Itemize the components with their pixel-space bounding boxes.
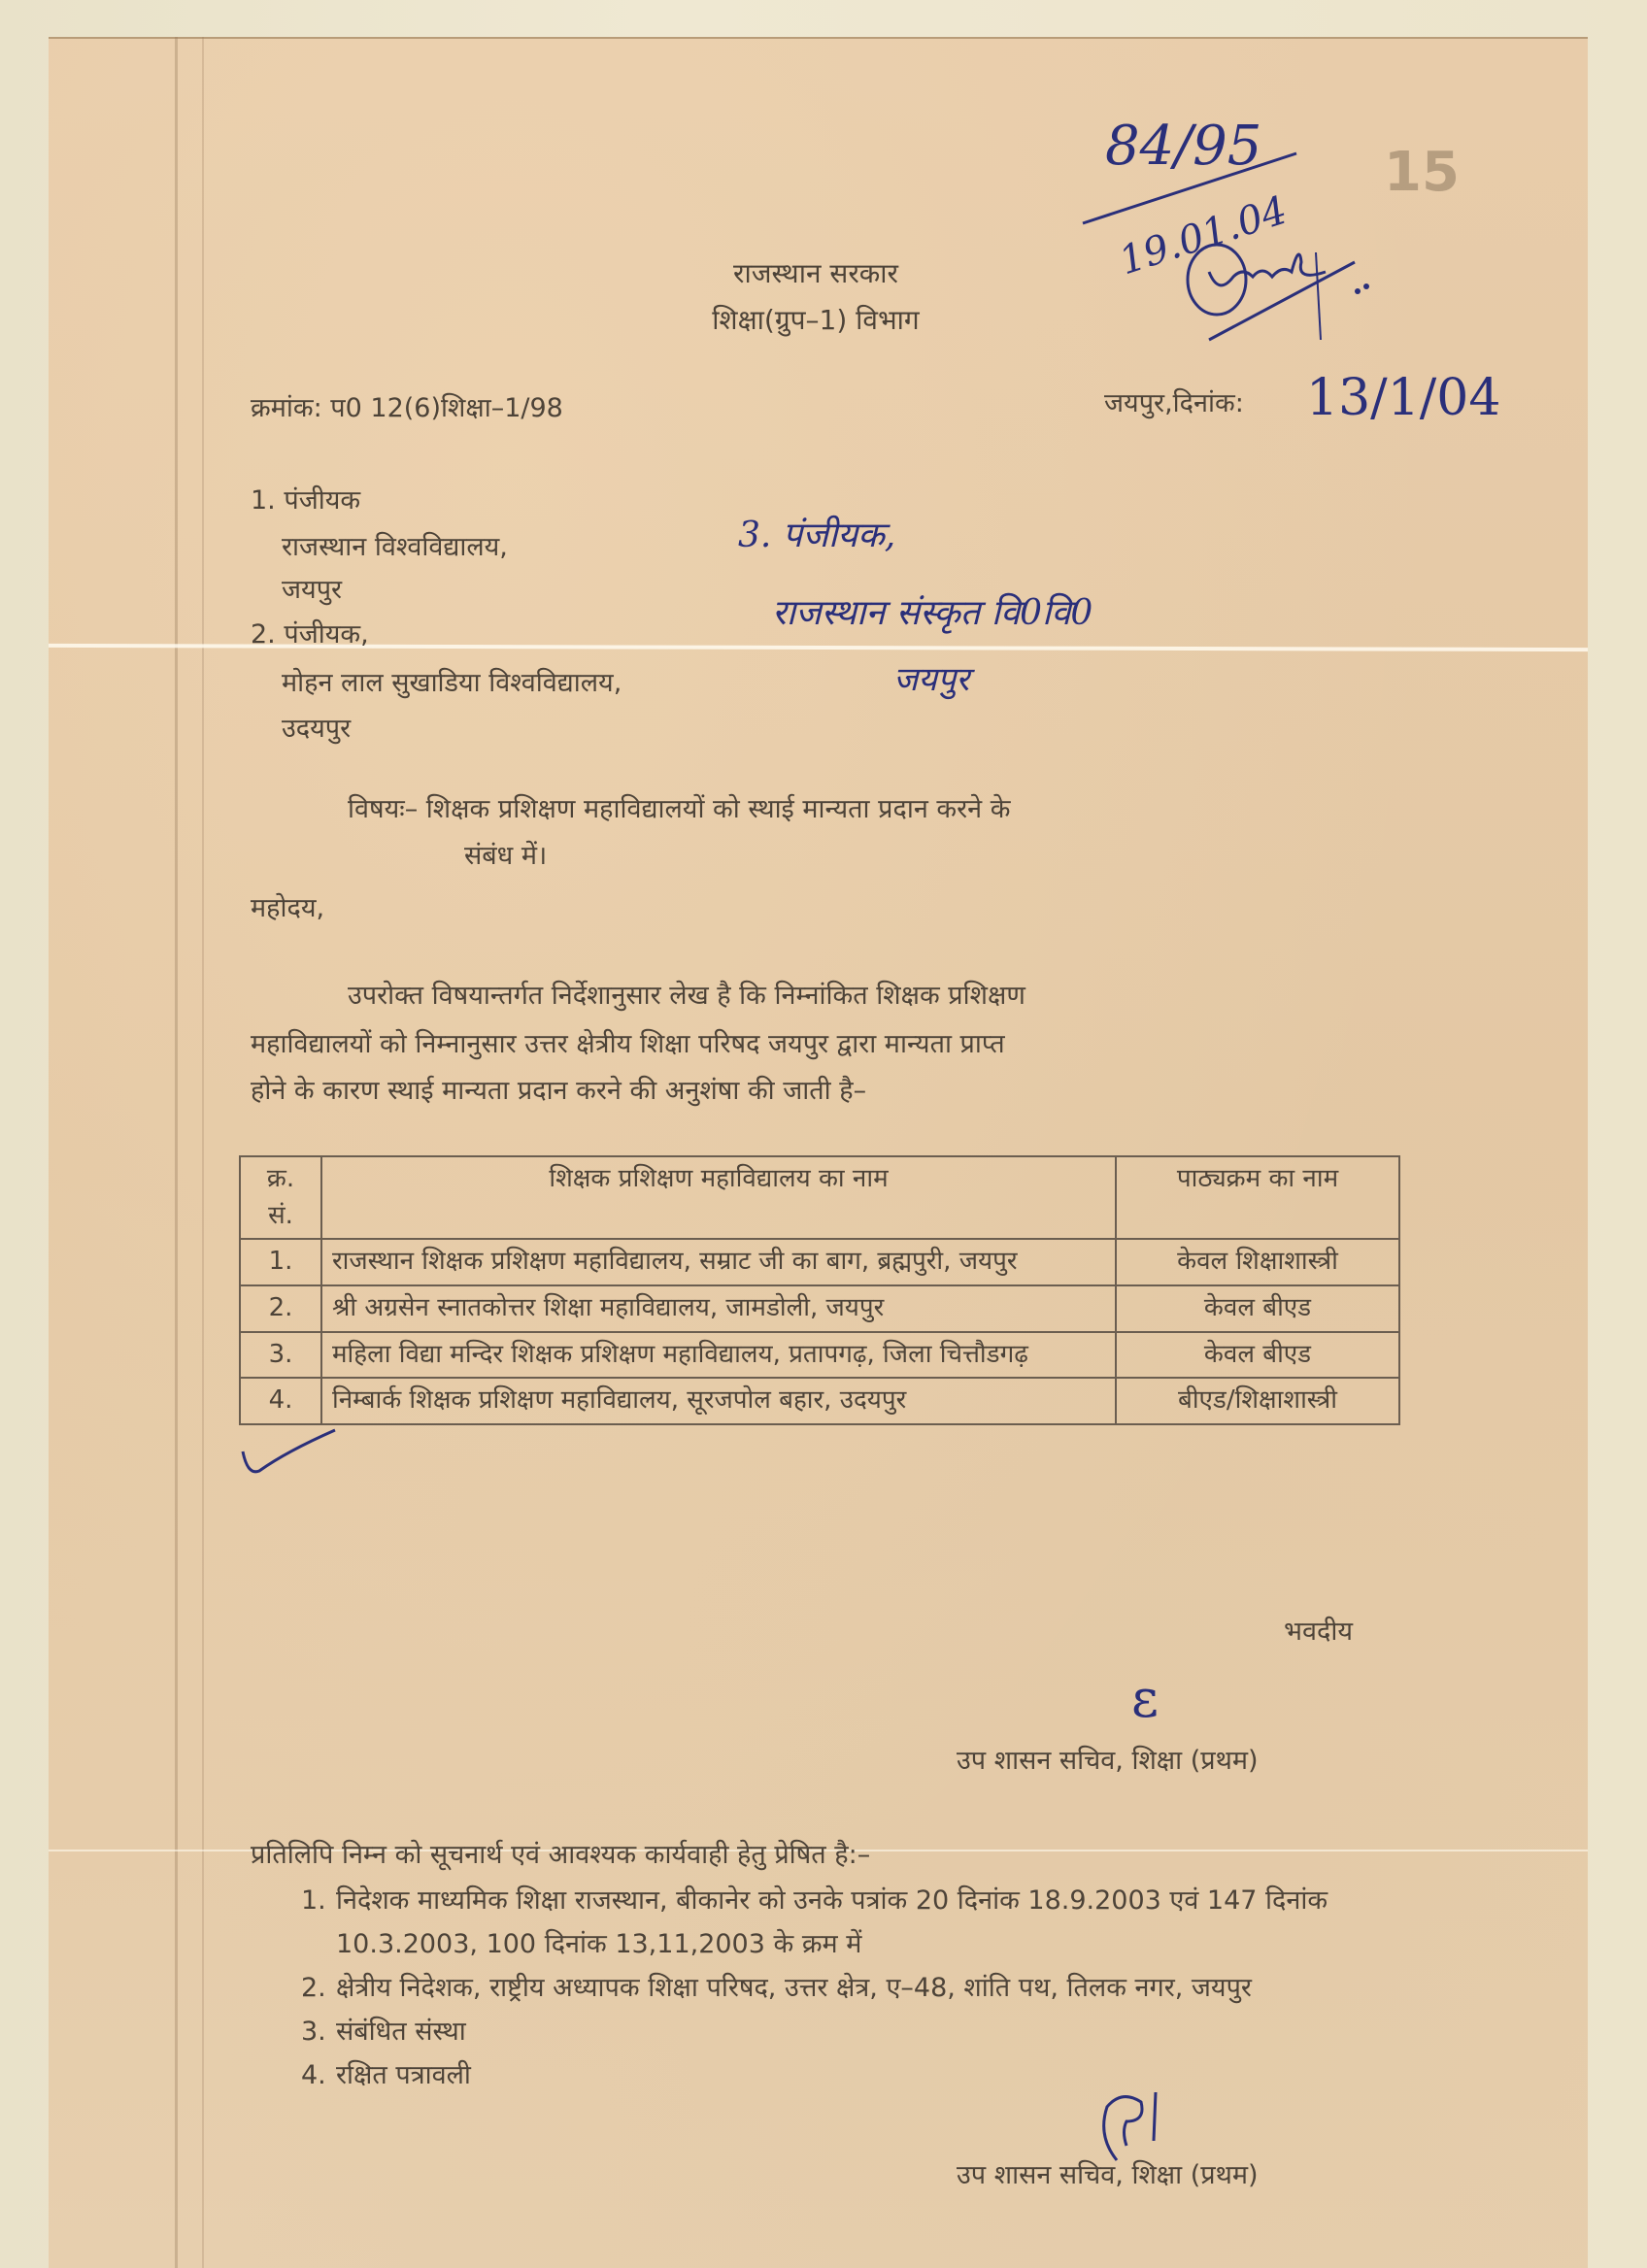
colleges-table: क्र. सं. शिक्षक प्रशिक्षण महाविद्यालय का… xyxy=(239,1155,1400,1425)
body-line-1: उपरोक्त विषयान्तर्गत निर्देशानुसार लेख ह… xyxy=(348,981,1025,1012)
addressee-1-line2: राजस्थान विश्वविद्यालय, xyxy=(282,532,508,563)
reference-number: क्रमांक: प0 12(6)शिक्षा–1/98 xyxy=(251,393,563,424)
place-date-label: जयपुर,दिनांक: xyxy=(1104,388,1244,419)
table-row: 2. श्री अग्रसेन स्नातकोत्तर शिक्षा महावि… xyxy=(240,1285,1399,1332)
letter-date: 13/1/04 xyxy=(1306,369,1500,427)
department-name: शिक्षा(ग्रुप–1) विभाग xyxy=(602,297,1029,344)
signer-initial-2-icon xyxy=(1088,2087,1175,2165)
fold-crease-vertical xyxy=(175,37,178,2268)
addressee-2-line2: मोहन लाल सुखाडिया विश्वविद्यालय, xyxy=(282,668,622,699)
closing-yours: भवदीय xyxy=(1284,1617,1353,1648)
addressee-2-line3: उदयपुर xyxy=(282,714,351,745)
tick-mark-icon xyxy=(238,1427,345,1485)
copy-to-item: 2. क्षेत्रीय निदेशक, राष्ट्रीय अध्यापक श… xyxy=(301,1966,1408,2010)
fold-crease-vertical-2 xyxy=(202,37,204,2268)
salutation: महोदय, xyxy=(251,893,324,924)
initials-signature-icon xyxy=(1180,233,1374,350)
body-line-3: होने के कारण स्थाई मान्यता प्रदान करने क… xyxy=(251,1076,866,1107)
copy-to-item: 3. संबंधित संस्था xyxy=(301,2010,1408,2053)
government-name: राजस्थान सरकार xyxy=(602,250,1029,297)
addressee-3-handwritten-line3: जयपुर xyxy=(893,655,969,700)
table-row: 1. राजस्थान शिक्षक प्रशिक्षण महाविद्यालय… xyxy=(240,1239,1399,1285)
table-header-row: क्र. सं. शिक्षक प्रशिक्षण महाविद्यालय का… xyxy=(240,1156,1399,1239)
copy-to-list: 1. निदेशक माध्यमिक शिक्षा राजस्थान, बीका… xyxy=(301,1879,1408,2097)
addressee-3-handwritten-line2: राजस्थान संस्कृत वि0वि0 xyxy=(772,587,1092,635)
subject-line-2: संबंध में। xyxy=(464,841,547,872)
subject-line-1: विषयः– शिक्षक प्रशिक्षण महाविद्यालयों को… xyxy=(348,794,1010,825)
addressee-1-line3: जयपुर xyxy=(282,575,342,606)
letterhead: राजस्थान सरकार शिक्षा(ग्रुप–1) विभाग xyxy=(602,250,1029,344)
copy-to-intro: प्रतिलिपि निम्न को सूचनार्थ एवं आवश्यक क… xyxy=(251,1840,870,1871)
addressee-1-title: 1. पंजीयक xyxy=(251,485,360,517)
body-line-2: महाविद्यालयों को निम्नानुसार उत्तर क्षेत… xyxy=(251,1029,1005,1060)
copy-to-item: 1. निदेशक माध्यमिक शिक्षा राजस्थान, बीका… xyxy=(301,1879,1408,1966)
table-row: 3. महिला विद्या मन्दिर शिक्षक प्रशिक्षण … xyxy=(240,1332,1399,1379)
header-serial: क्र. सं. xyxy=(240,1156,321,1239)
signer-initial-1: ε xyxy=(1131,1668,1159,1729)
header-college-name: शिक्षक प्रशिक्षण महाविद्यालय का नाम xyxy=(321,1156,1116,1239)
copy-to-designation: उप शासन सचिव, शिक्षा (प्रथम) xyxy=(957,2160,1259,2191)
table-row: 4. निम्बार्क शिक्षक प्रशिक्षण महाविद्याल… xyxy=(240,1378,1399,1424)
addressee-3-handwritten-line1: 3. पंजीयक, xyxy=(738,510,895,557)
closing-designation: उप शासन सचिव, शिक्षा (प्रथम) xyxy=(957,1746,1259,1777)
copy-to-item: 4. रक्षित पत्रावली xyxy=(301,2053,1408,2097)
page-number-pencil: 15 xyxy=(1384,141,1460,204)
header-course: पाठ्यक्रम का नाम xyxy=(1116,1156,1399,1239)
addressee-2-title: 2. पंजीयक, xyxy=(251,619,369,650)
